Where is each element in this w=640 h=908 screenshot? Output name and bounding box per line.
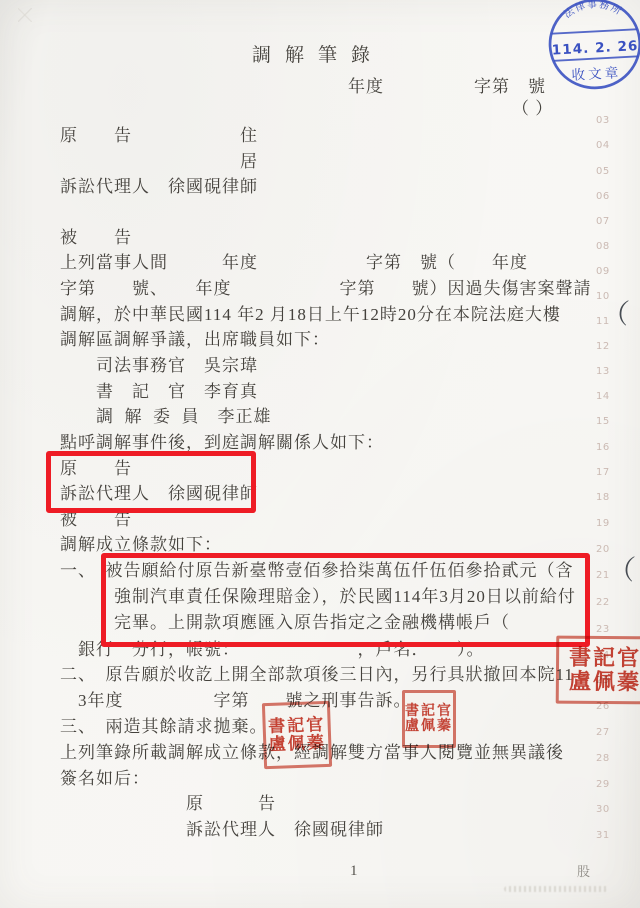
line-number: 16 [596, 442, 610, 453]
line-number: 23 [596, 624, 610, 635]
highlight-box-settlement-terms [101, 553, 590, 647]
clerk-seal-stamp: 書記官 盧佩蓁 [402, 690, 456, 748]
document-line: 調解區調解爭議，出席職員如下： [60, 331, 330, 348]
pen-paren-mark: （ [607, 555, 637, 585]
illegible-watermark [504, 886, 608, 892]
page-number: 1 [350, 863, 358, 880]
seal-title: 書記官 [569, 646, 640, 670]
document-line: 調解成立條款如下： [60, 536, 222, 553]
line-number: 13 [596, 366, 610, 377]
seal-title: 書記官 [405, 704, 453, 719]
document-line: 字第 號、 年度 字第 號）因過失傷害案聲請 [60, 280, 592, 297]
seal-name: 盧佩蓁 [269, 734, 327, 754]
line-number: 20 [596, 544, 610, 555]
line-number: 14 [596, 391, 610, 402]
document-line: 調解筆錄 [252, 46, 384, 65]
document-line: 調 解 委 員 李正雄 [60, 408, 272, 425]
line-number: 27 [596, 727, 610, 738]
stamp-arc-text: 法律事務所 [560, 0, 625, 21]
line-number: 29 [596, 779, 610, 790]
line-number: 08 [596, 241, 610, 252]
line-number: 18 [596, 492, 610, 503]
line-number: 31 [596, 830, 610, 841]
document-line: （ ） [512, 100, 553, 117]
document-line: 被 告 [60, 511, 132, 528]
line-number: 15 [596, 416, 610, 427]
line-number: 09 [596, 266, 610, 277]
line-number: 05 [596, 166, 610, 177]
line-number: 04 [596, 140, 610, 151]
stamp-date: 114. 2. 26 [551, 38, 638, 59]
document-line: 被 告 [60, 229, 132, 246]
document-line: 調解，於中華民國114 年2 月18日上午12時20分在本院法庭大樓 [60, 306, 561, 323]
document-line: 居 [60, 153, 258, 170]
scan-smudge [18, 8, 32, 22]
clerk-seal-stamp: 書記官 盧佩蓁 [262, 701, 332, 769]
line-number: 19 [596, 518, 610, 529]
receipt-date-stamp: 法律事務所 114. 2. 26 收文章 [544, 0, 640, 96]
highlight-box-plaintiff [46, 451, 256, 513]
seal-name: 盧佩蓁 [405, 719, 453, 734]
document-line: 簽名如后： [60, 770, 150, 787]
document-line: 3年度 字第 號之刑事告訴。 [60, 692, 412, 709]
document-line: 點呼調解事件後，到庭調解關係人如下： [60, 434, 384, 451]
line-number: 06 [596, 191, 610, 202]
document-line: 訴訟代理人 徐國硯律師 [60, 178, 258, 195]
document-line: 三、 兩造其餘請求拋棄。 [60, 718, 268, 735]
line-number: 30 [596, 804, 610, 815]
line-number: 22 [596, 597, 610, 608]
line-number: 12 [596, 341, 610, 352]
scanned-mediation-record-page: 調解筆錄年度 字第 號（ ）原 告 住 居訴訟代理人 徐國硯律師被 告上列當事人… [0, 0, 640, 908]
stamp-label: 收文章 [571, 64, 622, 83]
line-number: 28 [596, 753, 610, 764]
document-line: 年度 字第 號 [348, 78, 546, 95]
pen-paren-mark: （ [601, 299, 631, 329]
document-line: 訴訟代理人 徐國硯律師 [60, 821, 384, 838]
document-line: 原 告 [60, 795, 276, 812]
document-line: 書 記 官 李育真 [60, 383, 258, 400]
line-number: 03 [596, 115, 610, 126]
line-number: 07 [596, 216, 610, 227]
document-line: 上列當事人間 年度 字第 號（ 年度 [60, 254, 528, 271]
document-line: 原 告 住 [60, 127, 258, 144]
line-number: 17 [596, 467, 610, 478]
document-line: 司法事務官 吳宗瑋 [60, 357, 258, 374]
clerk-seal-stamp: 書記官 盧佩蓁 [556, 636, 640, 705]
unit-label: 股 [577, 861, 590, 880]
seal-name: 盧佩蓁 [569, 670, 640, 694]
document-line: 二、 原告願於收訖上開全部款項後三日內，另行具狀撤回本院11 [60, 666, 574, 683]
